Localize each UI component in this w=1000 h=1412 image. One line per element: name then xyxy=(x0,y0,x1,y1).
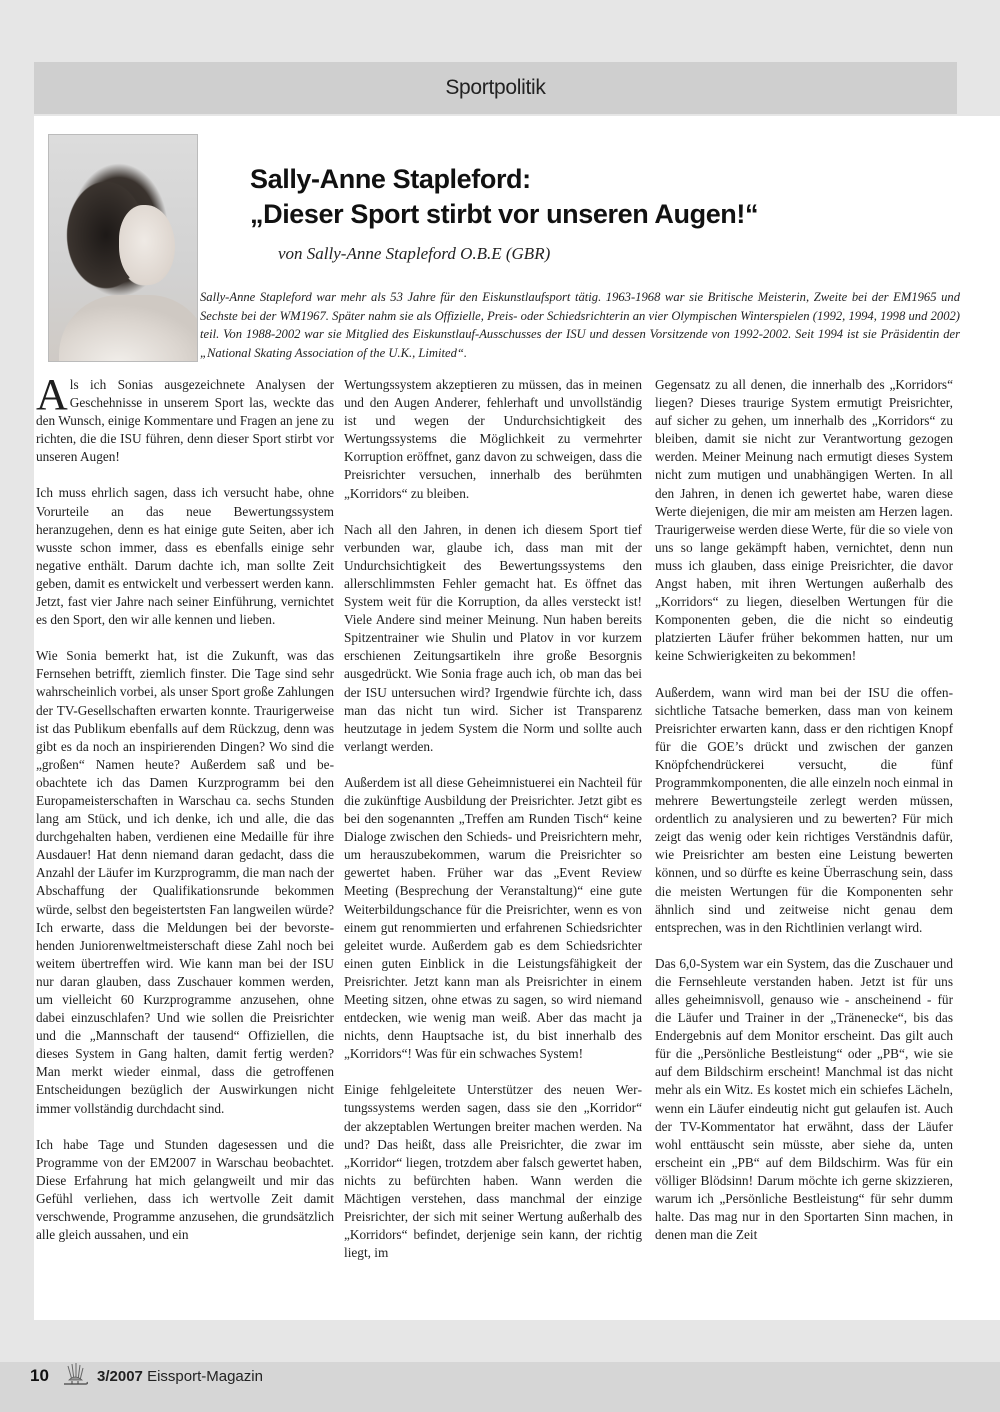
paragraph: Außerdem, wann wird man bei der ISU die … xyxy=(655,684,953,937)
article-byline: von Sally-Anne Stapleford O.B.E (GBR) xyxy=(278,244,550,264)
paragraph: Als ich Sonias ausgezeichnete Analysen d… xyxy=(36,376,334,466)
paragraph: Wie Sonia bemerkt hat, ist die Zukunft, … xyxy=(36,647,334,1117)
article-title-line1: Sally-Anne Stapleford: xyxy=(250,162,758,197)
article-title-line2: „Dieser Sport stirbt vor unseren Augen!“ xyxy=(250,197,758,232)
text-column-3: Gegensatz zu all denen, die innerhalb de… xyxy=(655,376,953,1262)
page-number: 10 xyxy=(30,1366,49,1386)
page-footer: 10 3/2007 Eissport-Magazin xyxy=(0,1362,1000,1412)
article-title: Sally-Anne Stapleford: „Dieser Sport sti… xyxy=(250,162,758,232)
photo-shoulder xyxy=(59,295,198,362)
section-title: Sportpolitik xyxy=(445,76,545,100)
magazine-name: Eissport-Magazin xyxy=(147,1368,263,1385)
paragraph: Außerdem ist all diese Geheimnistuerei e… xyxy=(344,774,642,1064)
paragraph: Einige fehlgeleitete Unterstützer des ne… xyxy=(344,1081,642,1262)
paragraph: Gegensatz zu all denen, die innerhalb de… xyxy=(655,376,953,666)
paragraph: Nach all den Jahren, in denen ich diesem… xyxy=(344,521,642,756)
paragraph: Das 6,0-System war ein System, das die Z… xyxy=(655,955,953,1245)
drop-cap: A xyxy=(36,378,68,412)
paragraph: Wertungssystem akzeptieren zu müssen, da… xyxy=(344,376,642,503)
paragraph: Ich muss ehrlich sagen, dass ich versuch… xyxy=(36,484,334,629)
text-column-1: Als ich Sonias ausgezeichnete Analysen d… xyxy=(36,376,334,1262)
paragraph: Ich habe Tage und Stunden dagesessen und… xyxy=(36,1136,334,1245)
text-column-2: Wertungssystem akzeptieren zu müssen, da… xyxy=(344,376,642,1280)
issue-number: 3/2007 xyxy=(97,1368,143,1385)
skate-logo-icon xyxy=(60,1362,90,1390)
author-bio: Sally-Anne Stapleford war mehr als 53 Ja… xyxy=(200,288,960,362)
photo-face xyxy=(119,205,175,285)
issue-label: 3/2007 Eissport-Magazin xyxy=(97,1368,263,1385)
section-header-bar: Sportpolitik xyxy=(34,62,957,114)
author-photo xyxy=(48,134,198,362)
